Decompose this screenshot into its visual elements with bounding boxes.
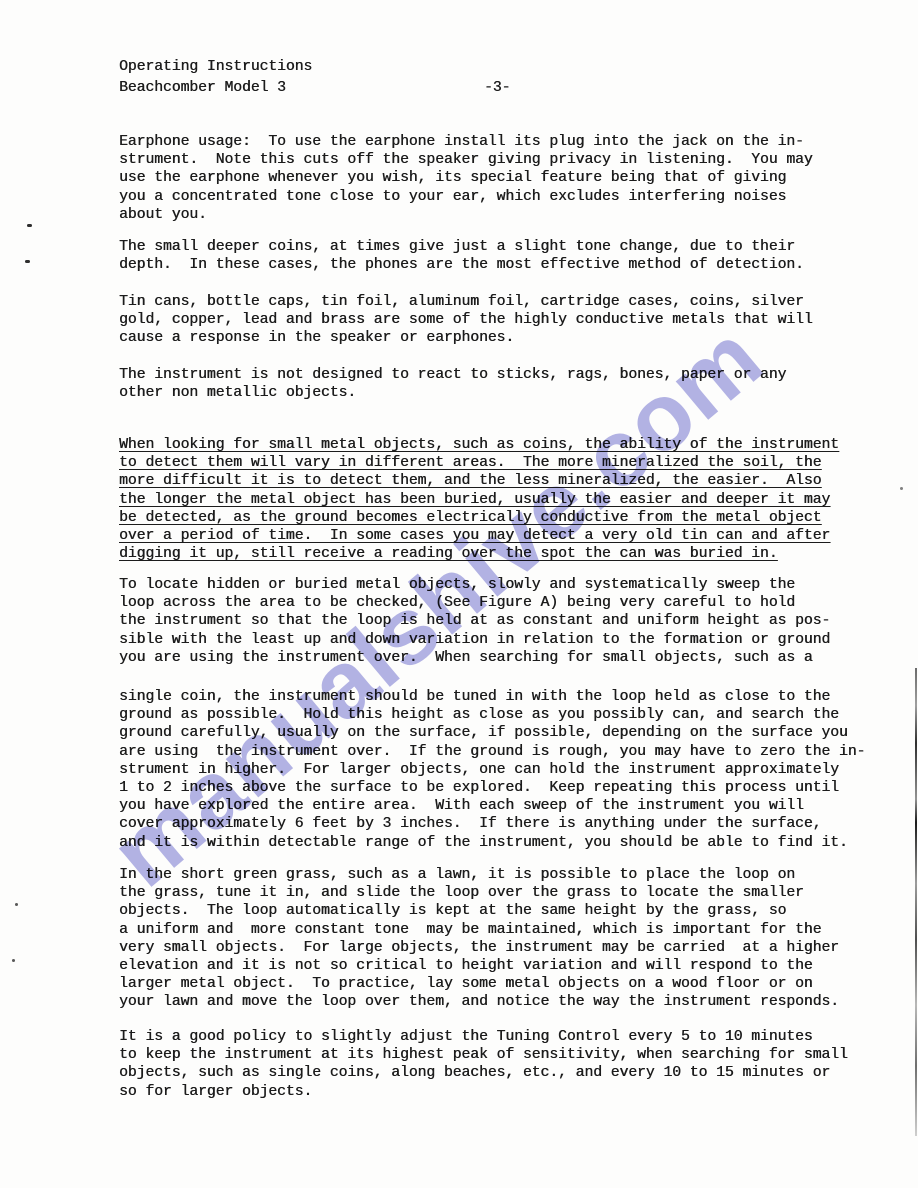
scan-speck <box>12 959 15 962</box>
scan-speck <box>15 903 18 906</box>
paragraph-sweeping-technique: To locate hidden or buried metal objects… <box>119 576 830 667</box>
page-number: -3- <box>484 79 510 97</box>
paragraph-deep-coins: The small deeper coins, at times give ju… <box>119 238 804 274</box>
paragraph-mineralization-note: When looking for small metal objects, su… <box>119 436 839 563</box>
paragraph-grass-practice: In the short green grass, such as a lawn… <box>119 866 839 1012</box>
paragraph-tuning-control-policy: It is a good policy to slightly adjust t… <box>119 1028 848 1101</box>
document-subtitle: Beachcomber Model 3 <box>119 79 286 97</box>
paragraph-tuning-height: single coin, the instrument should be tu… <box>119 688 865 852</box>
document-title: Operating Instructions <box>119 58 312 76</box>
scan-speck <box>900 487 903 490</box>
scan-artifact-line <box>915 668 917 1136</box>
paragraph-earphone-usage: Earphone usage: To use the earphone inst… <box>119 133 813 224</box>
paragraph-conductive-metals: Tin cans, bottle caps, tin foil, aluminu… <box>119 293 813 348</box>
document-page: Operating Instructions Beachcomber Model… <box>0 0 918 1188</box>
scan-speck <box>25 260 30 263</box>
scan-speck <box>27 224 32 227</box>
paragraph-non-metallic-objects: The instrument is not designed to react … <box>119 366 786 402</box>
